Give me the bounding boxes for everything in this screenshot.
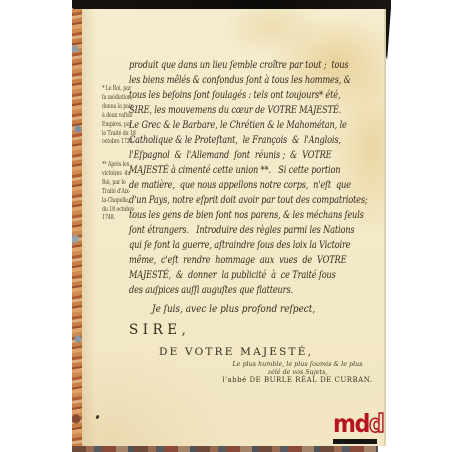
watermark-letters: mdd (333, 410, 375, 437)
watermark-underline (333, 439, 377, 444)
signature-name: l'abbé DE BURLE RÉAL DE CURBAN. (220, 376, 375, 384)
watermark-letter-d2: d (369, 409, 383, 438)
marbled-spine-strip (72, 9, 82, 452)
salutation-sire: SIRE, (129, 322, 190, 338)
footnote-asterisk: * Le Roi, par ſa médiation, donna la pai… (102, 85, 129, 147)
mdd-watermark-logo: mdd (333, 410, 381, 437)
footnote-double-asterisk: ** Après les victoires du Roi, par le Tr… (102, 161, 129, 223)
body-text: produit que dans un lieu ſemble croître … (129, 58, 327, 298)
address-de-votre-majeste: DE VOTRE MAJESTÉ, (159, 346, 313, 358)
closing-line: Je ſuis, avec le plus profond reſpect, (152, 303, 315, 315)
marbled-bottom-edge (72, 446, 378, 452)
watermark-letter-d1: d (355, 409, 369, 438)
watermark-letter-m: m (333, 409, 355, 438)
book-scan: produit que dans un lieu ſemble croître … (0, 0, 452, 452)
scan-top-edge (72, 0, 391, 9)
ink-speck (95, 415, 99, 420)
book-page: produit que dans un lieu ſemble croître … (82, 9, 386, 446)
valediction-text: Le plus humble, le plus ſoumis & le plus… (225, 360, 370, 376)
